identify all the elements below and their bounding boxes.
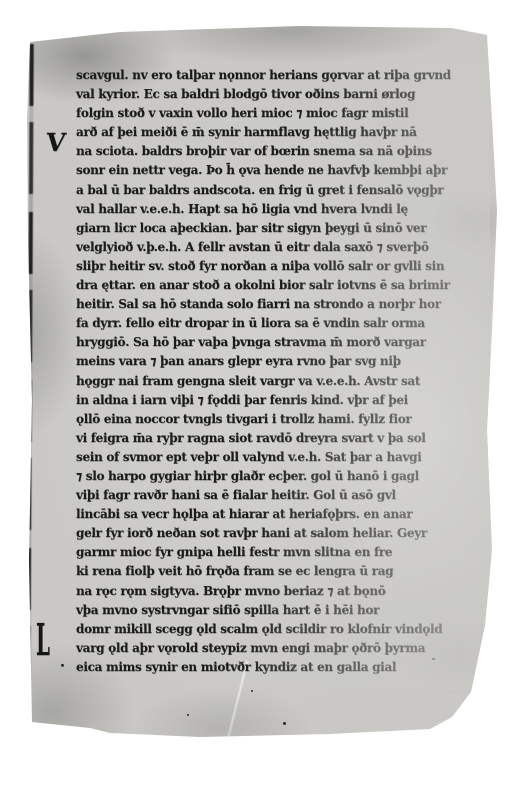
manuscript-line: val hallar v.e.e.h. Hapt sa hō ligia vnd… <box>76 200 472 219</box>
manuscript-line: dra ęttar. en anar stoð a okolni bior sa… <box>76 276 472 295</box>
stain-speck <box>251 690 253 692</box>
manuscript-line: hryggiō. Sa hō þar vaþa þvnga stravma m̄… <box>76 333 472 352</box>
manuscript-line: giarn licr loca aþeckian. þar sitr sigyn… <box>76 219 472 238</box>
manuscript-line: viþi fagr ravðr hani sa ē fialar heitir.… <box>76 486 472 505</box>
manuscript-line: sonr ein nettr vega. Þo h̄ ǫva hende ne … <box>76 161 472 180</box>
manuscript-line: na rǫc rǫm sigtyva. Brǫþr mvno beriaz ⁊ … <box>76 582 472 601</box>
manuscript-line: ǫllō eina noccor tvngls tivgari i trollz… <box>76 410 472 429</box>
parchment-page: scavgul. nv ero talþar nǫnnor herians gǫ… <box>0 0 528 792</box>
manuscript-line: velglyioð v.þ.e.h. A fellr avstan ū eitr… <box>76 238 472 257</box>
manuscript-line: heitir. Sal sa hō standa solo fiarri na … <box>76 295 472 314</box>
initial-v: V <box>44 128 66 157</box>
manuscript-line: sein of svmor ept veþr oll valynd v.e.h.… <box>76 448 472 467</box>
manuscript-line: domr mikill scegg ǫld scalm ǫld scildir … <box>76 620 472 639</box>
text-block: scavgul. nv ero talþar nǫnnor herians gǫ… <box>76 66 472 677</box>
manuscript-line: meins vara ⁊ þan anars glepr eyra rvno þ… <box>76 352 472 371</box>
manuscript-line: in aldna i iarn viþi ⁊ fǫddi þar fenris … <box>76 391 472 410</box>
spine-edge <box>26 44 34 720</box>
manuscript-line: arð af þei meiði ē m̄ synir harmflavg hę… <box>76 123 472 142</box>
manuscript-line: vþa mvno systrvngar sifiō spilla hart ē … <box>76 601 472 620</box>
manuscript-line: eica mims synir en miotvðr kyndiz at en … <box>76 658 472 677</box>
manuscript-line: ki rena fiolþ veit hō frǫða fram se ec l… <box>76 562 472 581</box>
stain-speck <box>283 722 286 725</box>
manuscript-line: fa dyrr. fello eitr dropar in ū liora sa… <box>76 314 472 333</box>
manuscript-line: val kyrior. Ec sa baldri blodgō tivor oð… <box>76 85 472 104</box>
manuscript-photo: scavgul. nv ero talþar nǫnnor herians gǫ… <box>0 0 528 792</box>
manuscript-line: lincābi sa vecr hǫlþa at hiarar at heria… <box>76 505 472 524</box>
stain-speck <box>187 714 189 716</box>
initial-l: L <box>36 615 50 666</box>
manuscript-line: gelr fyr iorð neðan sot ravþr hani at sa… <box>76 524 472 543</box>
manuscript-line: na sciota. baldrs broþir var of bœrin sn… <box>76 142 472 161</box>
manuscript-line: scavgul. nv ero talþar nǫnnor herians gǫ… <box>76 66 472 85</box>
manuscript-line: sliþr heitir sv. stoð fyr norðan a niþa … <box>76 257 472 276</box>
manuscript-line: vi feigra m̄a ryþr ragna siot ravdō drey… <box>76 429 472 448</box>
manuscript-line: a bal ū bar baldrs andscota. en frig ū g… <box>76 181 472 200</box>
manuscript-line: hǫggr nai fram gengna sleit vargr va v.e… <box>76 372 472 391</box>
manuscript-line: folgin stoð v vaxin vollo heri mioc ⁊ mi… <box>76 104 472 123</box>
manuscript-line: varg ǫld aþr vǫrold steypiz mvn engi maþ… <box>76 639 472 658</box>
punctus-mark: · <box>60 658 65 674</box>
manuscript-line: ⁊ slo harpo gygiar hirþr glaðr ecþer. go… <box>76 467 472 486</box>
manuscript-line: garmr mioc fyr gnipa helli festr mvn sli… <box>76 543 472 562</box>
